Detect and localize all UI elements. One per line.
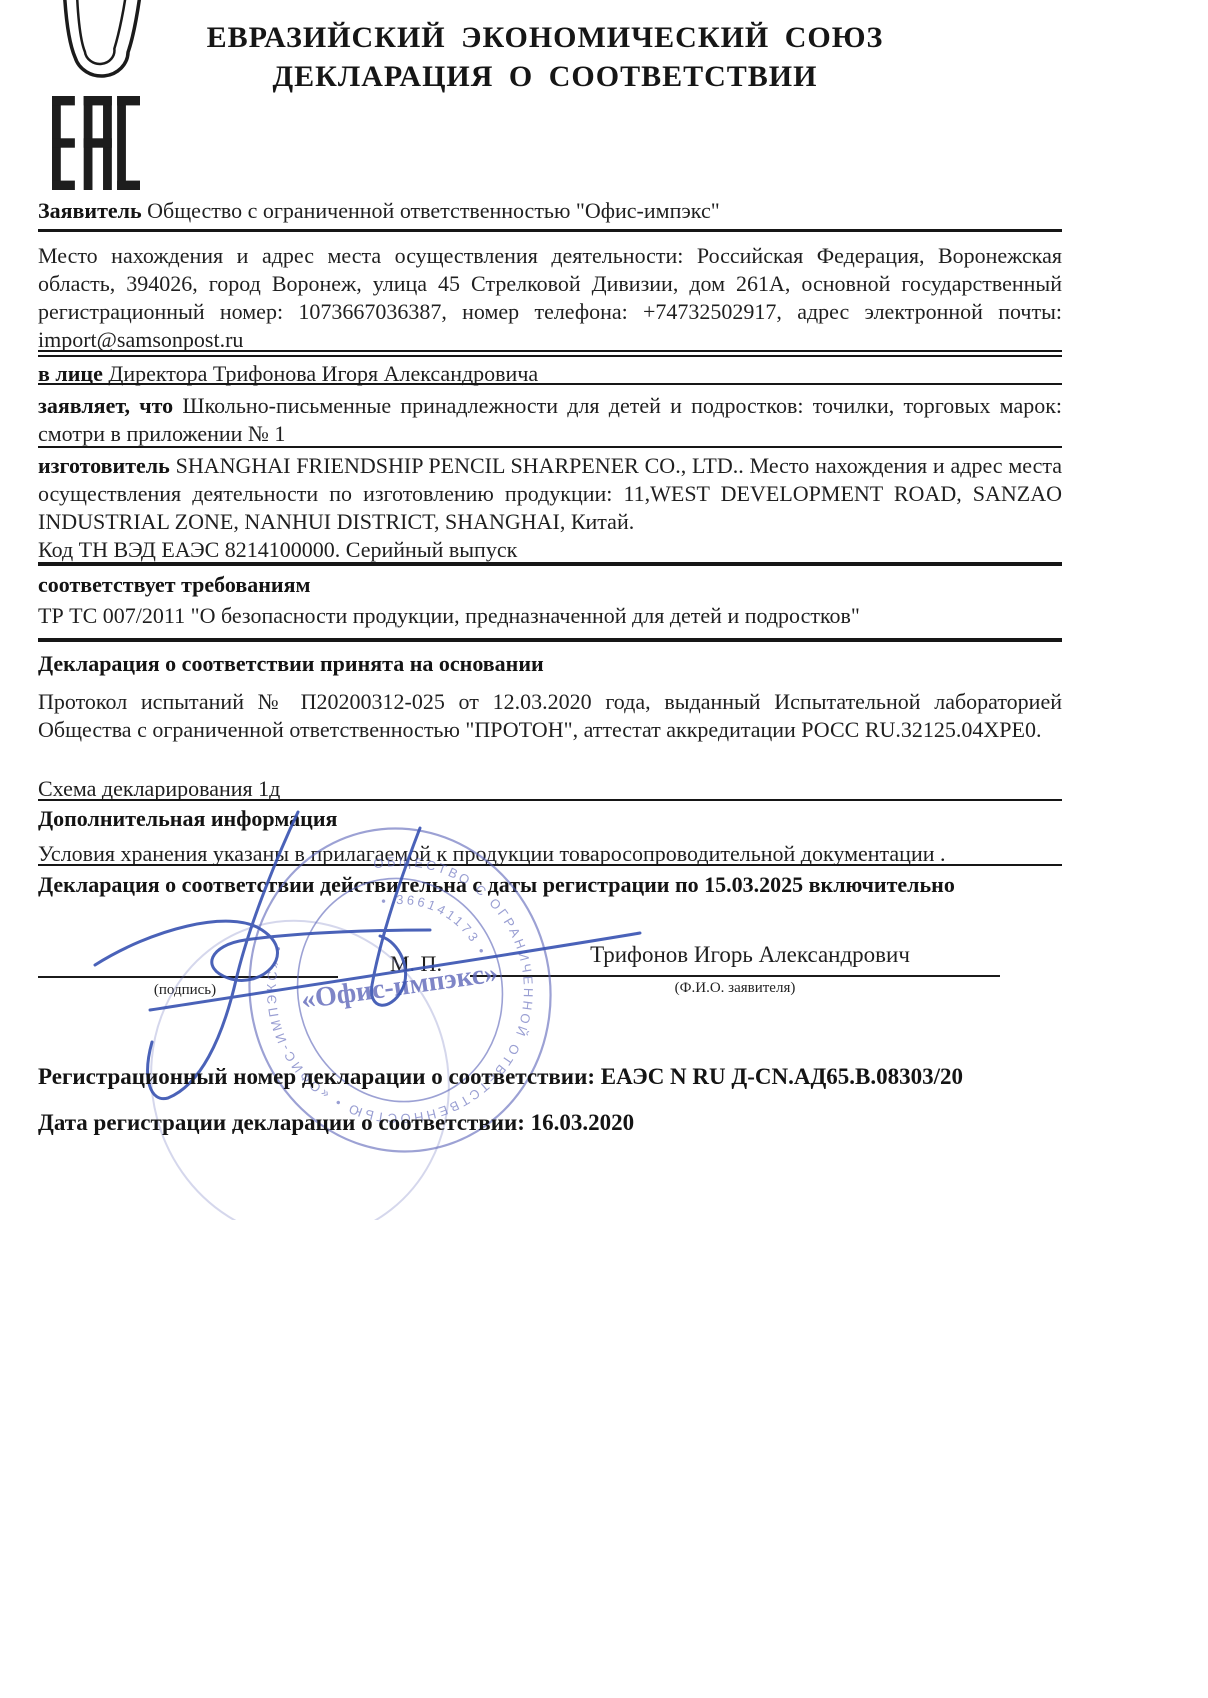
section-rule [38,383,1062,385]
conformity-label-row: соответствует требованиям [38,571,1062,599]
title-union: ЕВРАЗИЙСКИЙ ЭКОНОМИЧЕСКИЙ СОЮЗ [38,18,1052,57]
tnved-line: Код ТН ВЭД ЕАЭС 8214100000. Серийный вып… [38,536,1062,564]
eac-logo [52,96,140,190]
manufacturer-paragraph: изготовитель SHANGHAI FRIENDSHIP PENCIL … [38,452,1062,564]
address-paragraph: Место нахождения и адрес места осуществл… [38,242,1062,354]
signature-line [38,976,338,978]
section-rule [38,799,1062,801]
additional-label-row: Дополнительная информация [38,805,1062,833]
section-rule [38,446,1062,448]
section-rule [38,638,1062,642]
title-doc-type: ДЕКЛАРАЦИЯ О СООТВЕТСТВИИ [38,57,1052,96]
basis-paragraph: Протокол испытаний № П20200312-025 от 12… [38,688,1062,744]
section-rule [38,350,1062,357]
manufacturer-value: SHANGHAI FRIENDSHIP PENCIL SHARPENER CO.… [38,453,1062,534]
declares-label: заявляет, что [38,393,173,418]
stamp-place-label: М. П. [390,950,442,978]
basis-label: Декларация о соответствии принята на осн… [38,651,544,676]
applicant-value: Общество с ограниченной ответственностью… [147,198,720,223]
declaration-document: ЕВРАЗИЙСКИЙ ЭКОНОМИЧЕСКИЙ СОЮЗ ДЕКЛАРАЦИ… [0,0,1208,1698]
applicant-row: Заявитель Общество с ограниченной ответс… [38,197,1062,225]
applicant-label: Заявитель [38,198,142,223]
document-title: ЕВРАЗИЙСКИЙ ЭКОНОМИЧЕСКИЙ СОЮЗ ДЕКЛАРАЦИ… [38,18,1052,96]
conformity-value-row: ТР ТС 007/2011 "О безопасности продукции… [38,602,1062,630]
section-rule [38,864,1062,866]
registration-date-line: Дата регистрации декларации о соответств… [38,1110,1138,1136]
fio-caption: (Ф.И.О. заявителя) [600,980,870,997]
additional-label: Дополнительная информация [38,806,337,831]
basis-label-row: Декларация о соответствии принята на осн… [38,650,1062,678]
section-rule [38,229,1062,232]
declares-value: Школьно-письменные принадлежности для де… [38,393,1062,446]
section-rule [38,562,1062,566]
signature-caption: (подпись) [120,982,250,999]
applicant-fio: Трифонов Игорь Александрович [500,941,1000,969]
conformity-label: соответствует требованиям [38,572,310,597]
declares-paragraph: заявляет, что Школьно-письменные принадл… [38,392,1062,448]
registration-number-line: Регистрационный номер декларации о соотв… [38,1064,1138,1090]
manufacturer-label: изготовитель [38,453,170,478]
validity-row: Декларация о соответствии действительна … [38,871,1062,899]
fio-line [470,975,1000,977]
